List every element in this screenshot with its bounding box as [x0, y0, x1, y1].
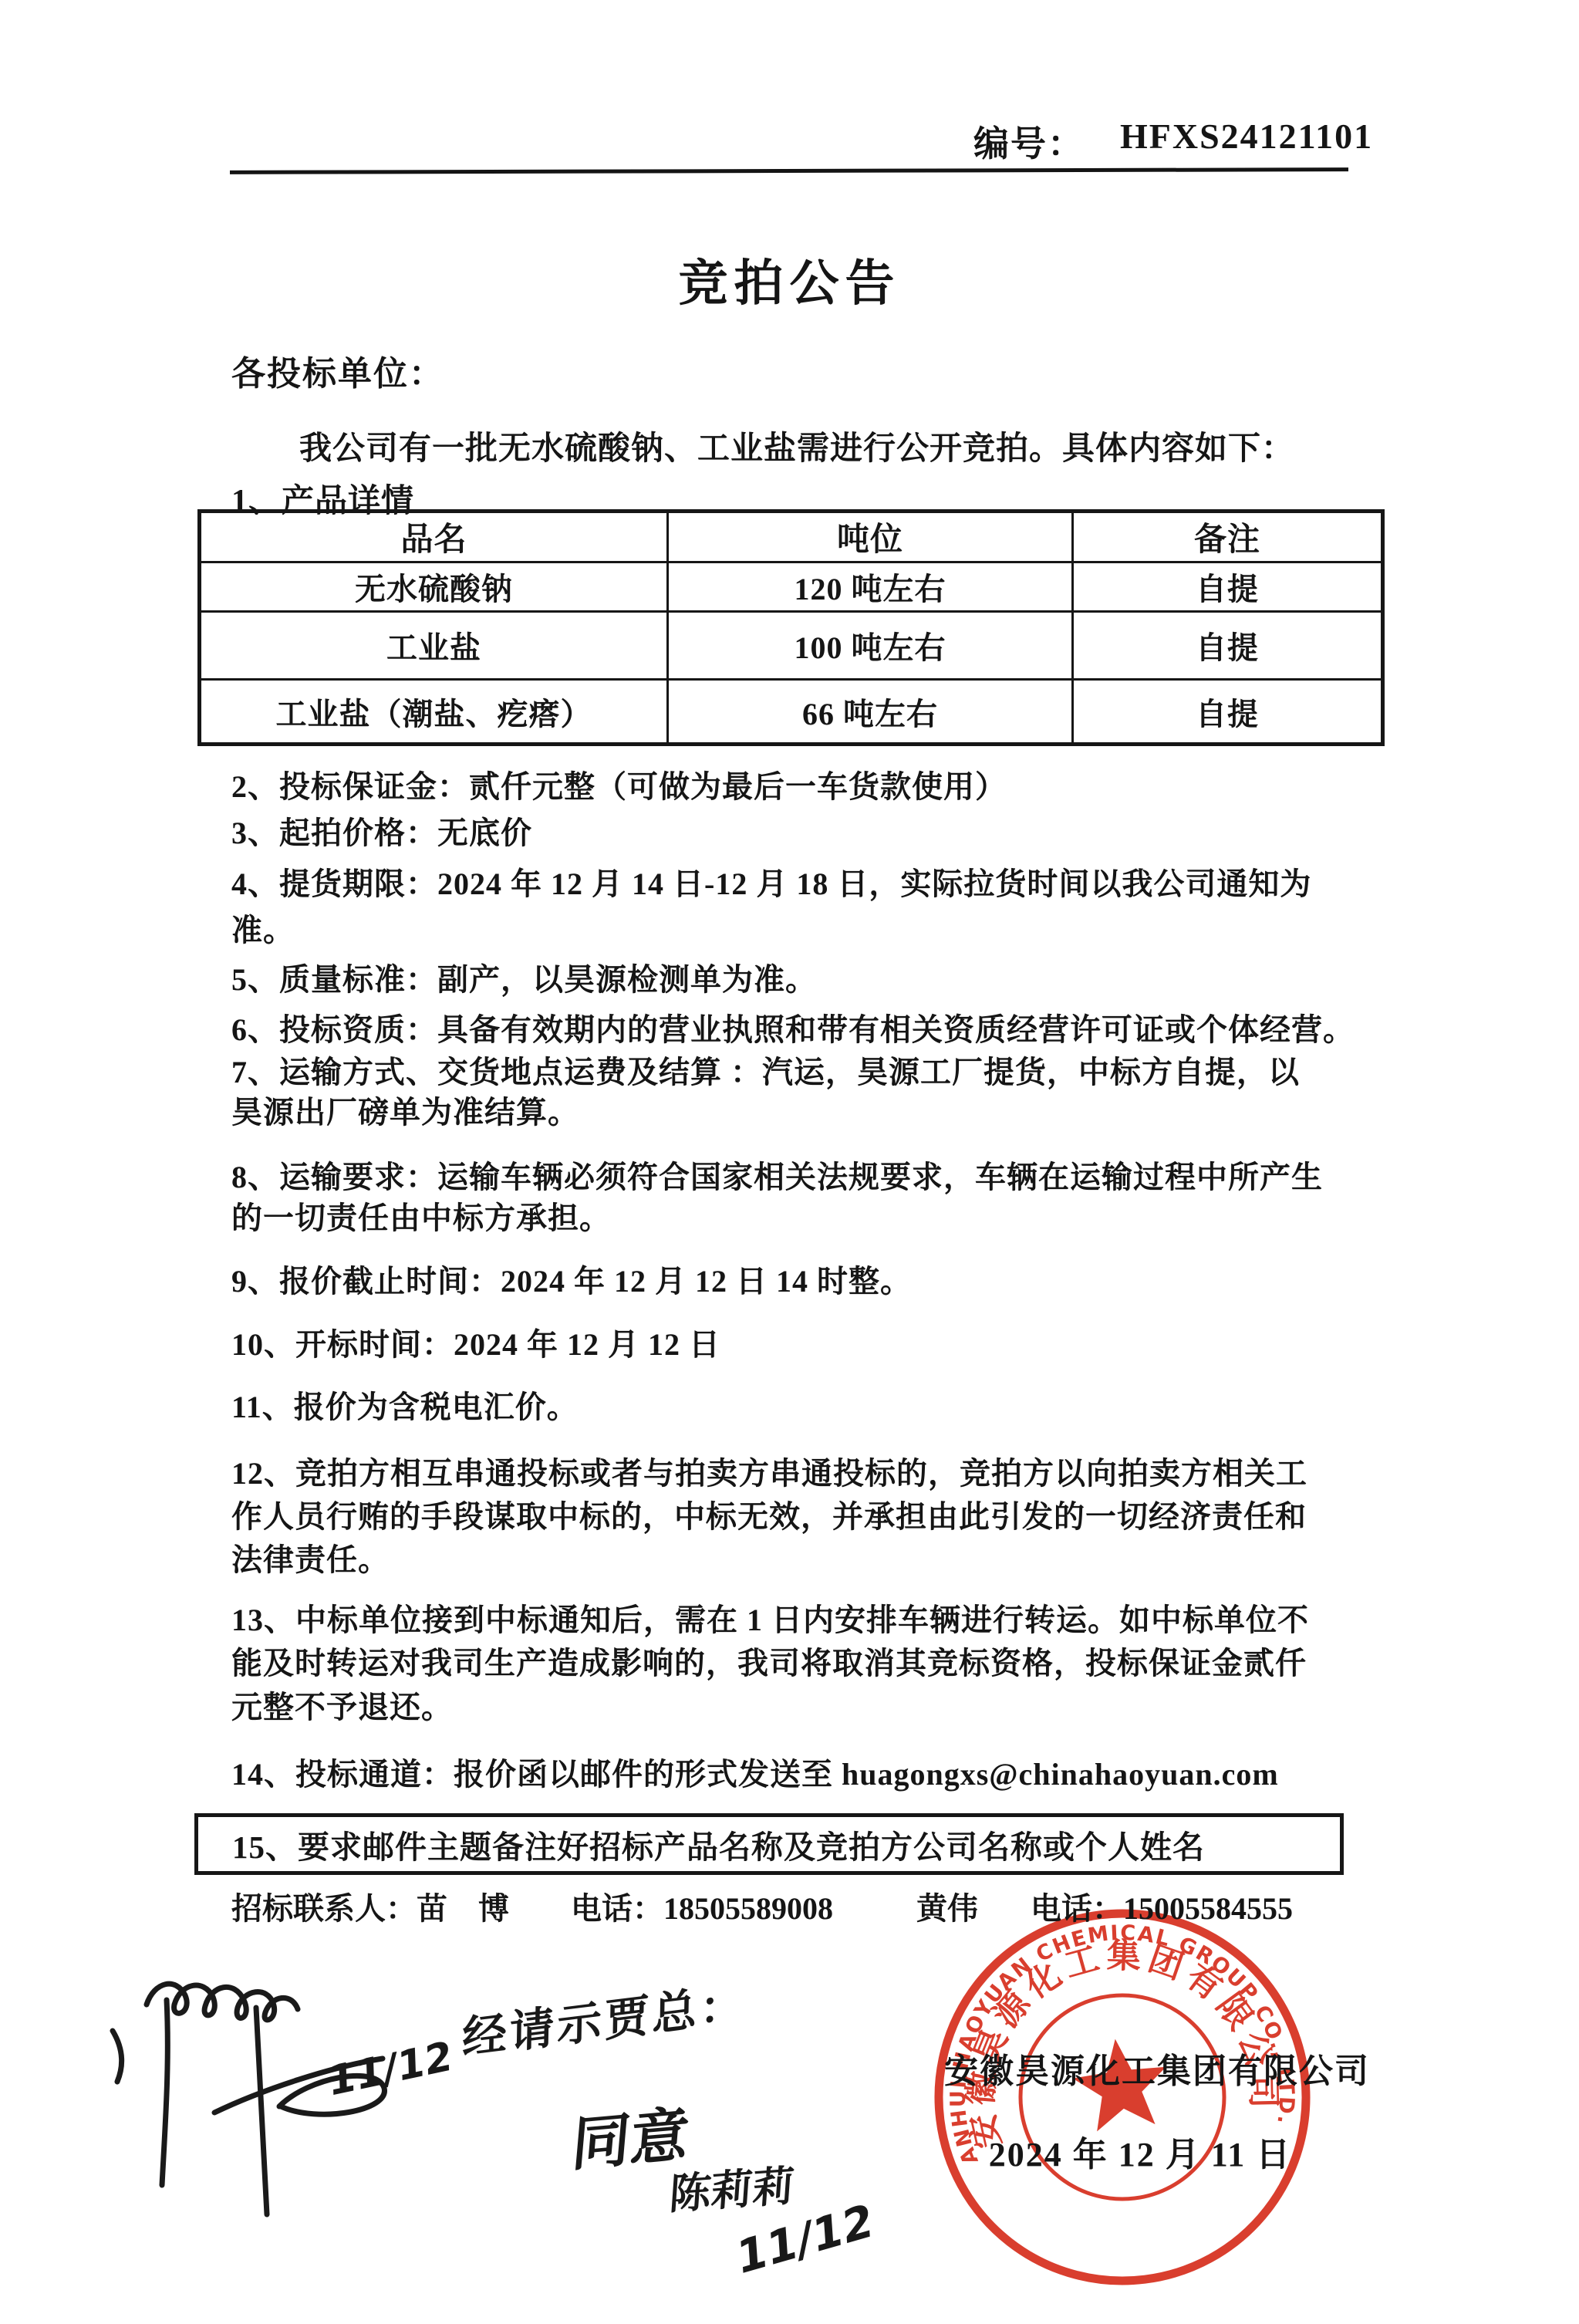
cell-remark: 自提	[1073, 562, 1383, 612]
company-seal: ANHUI HAOYUAN CHEMICAL GROUP CO., LTD. 安…	[930, 1904, 1315, 2290]
contact-person-left: 招标联系人：苗 博 电话：18505589008	[231, 1884, 833, 1928]
doc-number-row: 编号： HFXS24121101	[973, 116, 1373, 167]
table-row: 无水硫酸钠 120 吨左右 自提	[200, 562, 1383, 612]
item-4-line-2: 准。	[231, 906, 295, 950]
cell-product: 无水硫酸钠	[200, 562, 668, 612]
approval-signature-name: 陈莉莉	[667, 2153, 796, 2221]
item-8-line-2: 的一切责任由中标方承担。	[231, 1194, 611, 1238]
item-13-line-2: 能及时转运对我司生产造成影响的，我司将取消其竞标资格，投标保证金贰仟	[231, 1639, 1307, 1683]
cell-remark: 自提	[1073, 680, 1383, 745]
signature-stroke	[162, 2000, 167, 2185]
contact-right-phone: 电话：15005584555	[1031, 1891, 1293, 1926]
item-12-line-2: 作人员行贿的手段谋取中标的，中标无效，并承担由此引发的一切经济责任和	[231, 1492, 1307, 1536]
item-14: 14、投标通道：报价函以邮件的形式发送至 huagongxs@chinahaoy…	[231, 1750, 1279, 1794]
intro-paragraph: 我公司有一批无水硫酸钠、工业盐需进行公开竞拍。具体内容如下：	[231, 423, 1294, 469]
col-header-name: 品名	[200, 512, 668, 562]
signature-stroke	[113, 2031, 122, 2082]
document-page: 编号： HFXS24121101 竞拍公告 各投标单位： 我公司有一批无水硫酸钠…	[0, 0, 1579, 2324]
cell-tonnage: 66 吨左右	[668, 680, 1073, 745]
table-row: 工业盐 100 吨左右 自提	[200, 612, 1383, 680]
col-header-remark: 备注	[1073, 512, 1383, 562]
item-4-line-1: 4、提货期限：2024 年 12 月 14 日-12 月 18 日，实际拉货时间…	[231, 860, 1311, 904]
header-underline	[230, 167, 1348, 174]
item-12-line-3: 法律责任。	[231, 1535, 390, 1579]
signature-left-ink	[77, 1972, 409, 2234]
cell-product: 工业盐	[200, 612, 668, 680]
table-header-row: 品名 吨位 备注	[200, 512, 1383, 562]
item-13-line-3: 元整不予退还。	[231, 1683, 453, 1727]
item-9: 9、报价截止时间：2024 年 12 月 12 日 14 时整。	[231, 1257, 912, 1301]
item-13-line-1: 13、中标单位接到中标通知后，需在 1 日内安排车辆进行转运。如中标单位不	[231, 1596, 1309, 1640]
contact-person-right: 黄伟 电话：15005584555	[916, 1884, 1293, 1928]
signoff-date: 2024 年 12 月 11 日	[893, 2126, 1387, 2176]
item-10: 10、开标时间：2024 年 12 月 12 日	[231, 1320, 720, 1364]
item-2: 2、投标保证金：贰仟元整（可做为最后一车货款使用）	[231, 762, 1007, 806]
item-15-text: 15、要求邮件主题备注好招标产品名称及竞拍方公司名称或个人姓名	[232, 1822, 1205, 1867]
salutation: 各投标单位：	[231, 346, 444, 395]
cell-tonnage: 120 吨左右	[668, 562, 1073, 612]
cell-product: 工业盐（潮盐、疙瘩）	[200, 680, 668, 745]
col-header-tonnage: 吨位	[668, 512, 1073, 562]
item-11: 11、报价为含税电汇价。	[231, 1383, 579, 1427]
product-table: 品名 吨位 备注 无水硫酸钠 120 吨左右 自提 工业盐 100 吨左右 自提…	[197, 509, 1385, 746]
approval-note-line1: 经请示贾总：	[462, 1967, 748, 2067]
doc-number-label: 编号：	[973, 116, 1085, 167]
item-7-line-1: 7、运输方式、交货地点运费及结算 ：汽运，昊源工厂提货，中标方自提，以	[231, 1048, 1300, 1092]
item-7-line-2: 昊源出厂磅单为准结算。	[231, 1088, 579, 1132]
item-8-line-1: 8、运输要求：运输车辆必须符合国家相关法规要求，车辆在运输过程中所产生	[231, 1153, 1323, 1197]
contact-right-name: 黄伟	[916, 1891, 978, 1926]
page-title: 竞拍公告	[0, 244, 1579, 315]
cell-tonnage: 100 吨左右	[668, 612, 1073, 680]
item-5: 5、质量标准：副产，以昊源检测单为准。	[231, 955, 817, 999]
item-3: 3、起拍价格：无底价	[231, 809, 532, 853]
doc-number-value: HFXS24121101	[1120, 116, 1373, 167]
cell-remark: 自提	[1073, 612, 1383, 680]
item-6: 6、投标资质：具备有效期内的营业执照和带有相关资质经营许可证或个体经营。	[231, 1005, 1355, 1049]
table-row: 工业盐（潮盐、疙瘩） 66 吨左右 自提	[200, 680, 1383, 745]
item-15-box: 15、要求邮件主题备注好招标产品名称及竞拍方公司名称或个人姓名	[194, 1813, 1344, 1875]
item-12-line-1: 12、竞拍方相互串通投标或者与拍卖方串通投标的，竞拍方以向拍卖方相关工	[231, 1449, 1307, 1493]
signature-stroke	[256, 2008, 267, 2214]
signoff-company-name: 安徽昊源化工集团有限公司	[903, 2043, 1412, 2093]
